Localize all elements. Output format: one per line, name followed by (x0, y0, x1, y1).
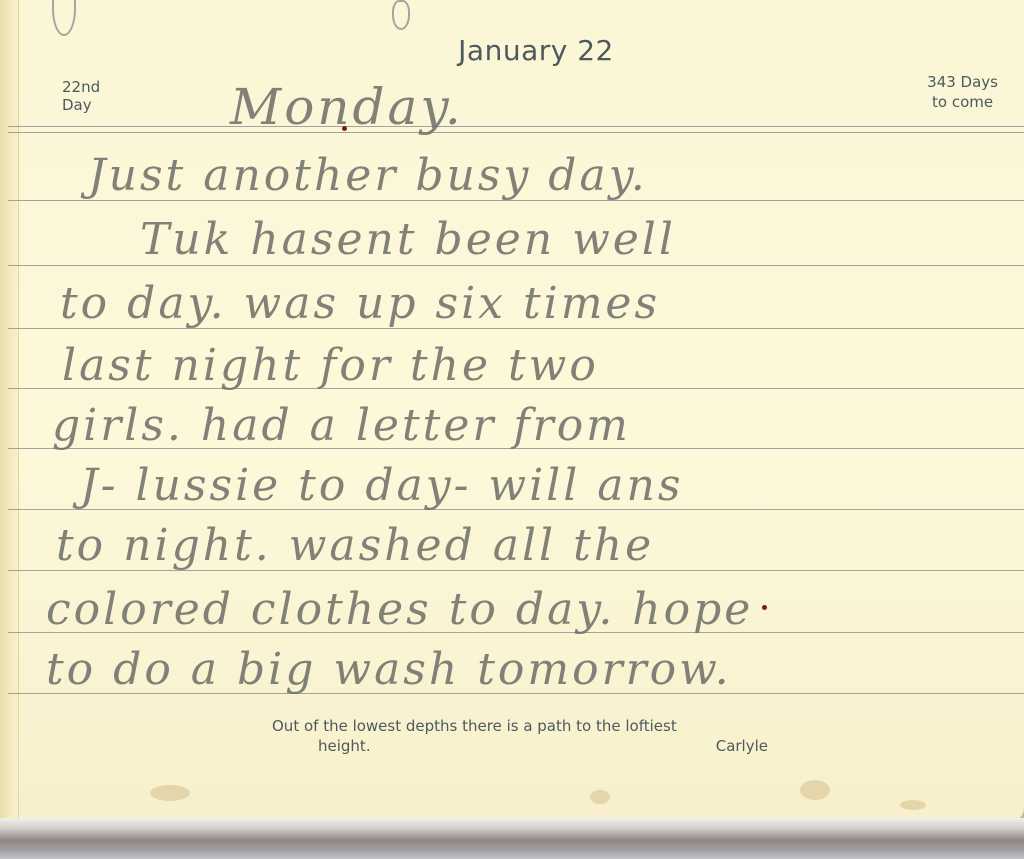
day-of-year: 22nd Day (62, 78, 100, 114)
handwritten-line: colored clothes to day. hope (46, 584, 753, 635)
header-rule-bottom (8, 132, 1024, 133)
day-of-year-number: 22nd (62, 78, 100, 96)
days-remaining-count: 343 Days (927, 72, 998, 92)
binding-edge (0, 0, 19, 822)
handwritten-line: to day. was up six times (60, 278, 660, 329)
quote-line-2: height. (318, 736, 371, 756)
quote-line-1: Out of the lowest depths there is a path… (272, 716, 812, 736)
handwritten-line: girls. had a letter from (52, 400, 631, 451)
handwritten-line: to do a big wash tomorrow. (46, 644, 732, 695)
handwritten-line: Tuk hasent been well (140, 214, 676, 265)
ruled-line (8, 265, 1024, 266)
pencil-loop-mark (52, 0, 76, 36)
page-bottom-shadow (0, 818, 1024, 859)
stain (900, 800, 926, 810)
stain (150, 785, 190, 801)
quote-author: Carlyle (716, 736, 768, 756)
footer-quote: Out of the lowest depths there is a path… (272, 716, 812, 756)
days-remaining-label: to come (927, 92, 998, 112)
stain (800, 780, 830, 800)
pencil-loop-mark (392, 0, 410, 30)
header-rule-top (8, 126, 1024, 127)
diary-page: January 22 22nd Day 343 Days to come Mon… (0, 0, 1024, 822)
handwritten-line: Just another busy day. (88, 150, 648, 201)
handwritten-line: last night for the two (62, 340, 599, 391)
handwritten-line: J- lussie to day- will ans (80, 460, 683, 511)
handwritten-line: to night. washed all the (56, 520, 654, 571)
page-date: January 22 (0, 34, 1024, 67)
ink-dot (342, 126, 347, 131)
ink-dot (762, 605, 767, 610)
stain (590, 790, 610, 804)
days-remaining: 343 Days to come (927, 72, 998, 112)
day-of-year-label: Day (62, 96, 100, 114)
